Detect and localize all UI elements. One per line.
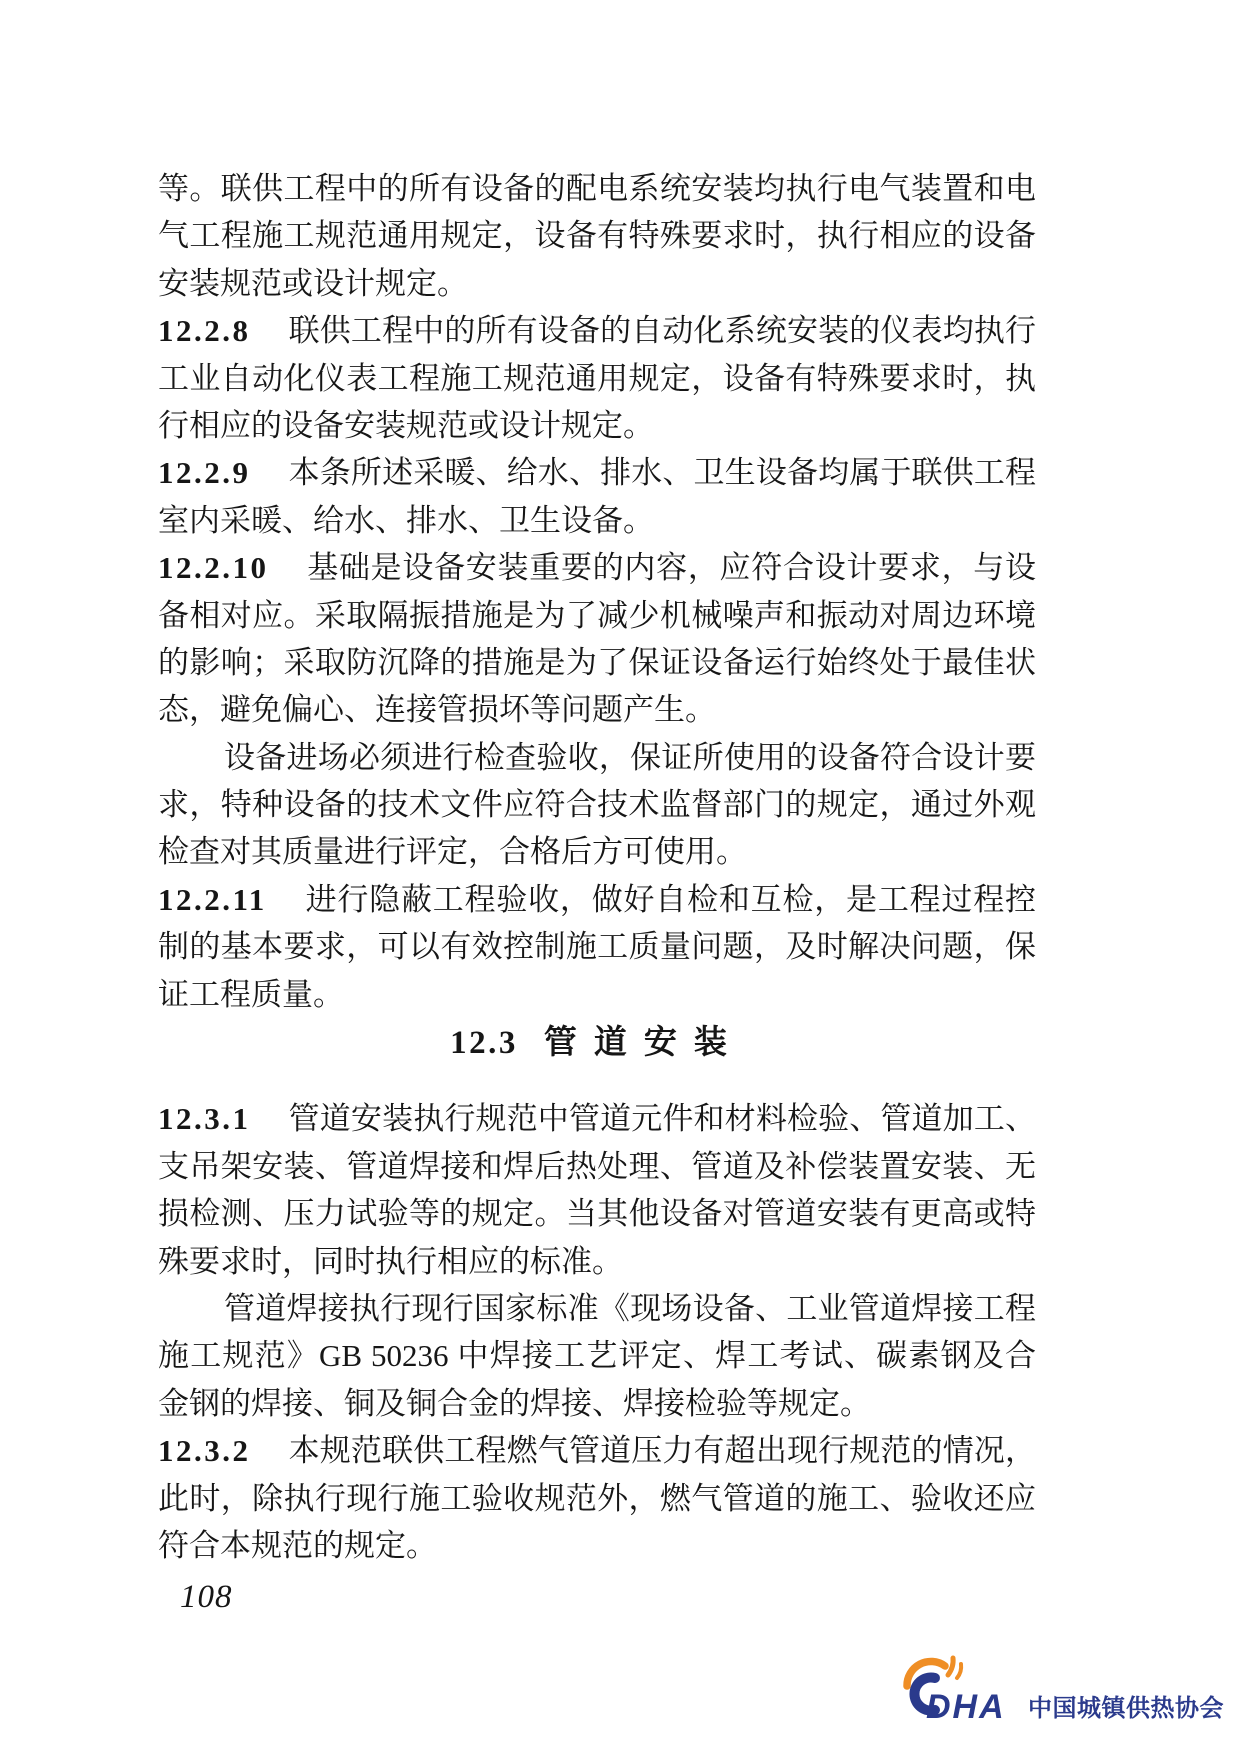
body-line: 殊要求时，同时执行相应的标准。 [158,1238,1036,1285]
clause-number: 12.2.11 [158,882,267,917]
line-text: 殊要求时，同时执行相应的标准。 [158,1244,623,1279]
body-line: 求，特种设备的技术文件应符合技术监督部门的规定，通过外观 [158,781,1036,828]
body-line: 施工规范》GB 50236 中焊接工艺评定、焊工考试、碳素钢及合 [158,1332,1036,1379]
body-text-block: 等。联供工程中的所有设备的配电系统安装均执行电气装置和电 气工程施工规范通用规定… [158,165,1036,1617]
line-text: 本条所述采暖、给水、排水、卫生设备均属于联供工程 [289,455,1037,490]
body-line: 12.2.8联供工程中的所有设备的自动化系统安装的仪表均执行 [158,307,1036,354]
line-text: 符合本规范的规定。 [158,1528,437,1563]
line-text: 室内采暖、给水、排水、卫生设备。 [158,503,654,538]
body-line: 检查对其质量进行评定，合格后方可使用。 [158,828,1036,875]
body-line: 12.2.9本条所述采暖、给水、排水、卫生设备均属于联供工程 [158,449,1036,496]
line-text: 设备进场必须进行检查验收，保证所使用的设备符合设计要 [224,740,1036,775]
line-text: 施工规范》GB 50236 中焊接工艺评定、焊工考试、碳素钢及合 [158,1338,1036,1373]
line-text: 进行隐蔽工程验收，做好自检和互检，是工程过程控 [305,882,1036,917]
body-line: 室内采暖、给水、排水、卫生设备。 [158,497,1036,544]
body-line: 的影响；采取防沉降的措施是为了保证设备运行始终处于最佳状 [158,639,1036,686]
body-line: 支吊架安装、管道焊接和焊后热处理、管道及补偿装置安装、无 [158,1143,1036,1190]
clause-number: 12.3.2 [158,1433,251,1468]
association-name: 中国城镇供热协会 [1028,1697,1224,1721]
line-text: 此时，除执行现行施工验收规范外，燃气管道的施工、验收还应 [158,1481,1036,1516]
body-line: 证工程质量。 [158,971,1036,1018]
body-line: 行相应的设备安装规范或设计规定。 [158,402,1036,449]
clause-number: 12.2.9 [158,455,251,490]
page-number: 108 [158,1577,1036,1617]
body-line: 12.2.10基础是设备安装重要的内容，应符合设计要求，与设 [158,544,1036,591]
line-text: 工业自动化仪表工程施工规范通用规定，设备有特殊要求时，执 [158,361,1036,396]
line-text: 安装规范或设计规定。 [158,266,468,301]
line-text: 管道安装执行规范中管道元件和材料检验、管道加工、 [289,1101,1037,1136]
line-text: 备相对应。采取隔振措施是为了减少机械噪声和振动对周边环境 [158,598,1036,633]
body-line: 此时，除执行现行施工验收规范外，燃气管道的施工、验收还应 [158,1475,1036,1522]
document-page: 等。联供工程中的所有设备的配电系统安装均执行电气装置和电 气工程施工规范通用规定… [0,0,1240,1754]
body-line: 12.3.1管道安装执行规范中管道元件和材料检验、管道加工、 [158,1095,1036,1142]
clause-number: 12.2.8 [158,313,251,348]
line-text: 损检测、压力试验等的规定。当其他设备对管道安装有更高或特 [158,1196,1036,1231]
line-text: 求，特种设备的技术文件应符合技术监督部门的规定，通过外观 [158,787,1036,822]
body-line: 工业自动化仪表工程施工规范通用规定，设备有特殊要求时，执 [158,355,1036,402]
line-text: 支吊架安装、管道焊接和焊后热处理、管道及补偿装置安装、无 [158,1149,1036,1184]
body-line: 损检测、压力试验等的规定。当其他设备对管道安装有更高或特 [158,1190,1036,1237]
line-text: 等。联供工程中的所有设备的配电系统安装均执行电气装置和电 [158,171,1036,206]
body-line: 符合本规范的规定。 [158,1522,1036,1569]
association-logo: DHA 中国城镇供热协会 [900,1652,1230,1732]
line-text: 检查对其质量进行评定，合格后方可使用。 [158,834,747,869]
line-text: 的影响；采取防沉降的措施是为了保证设备运行始终处于最佳状 [158,645,1036,680]
clause-number: 12.3.1 [158,1101,251,1136]
line-text: 金钢的焊接、铜及铜合金的焊接、焊接检验等规定。 [158,1386,871,1421]
line-text: 行相应的设备安装规范或设计规定。 [158,408,654,443]
line-text: 态，避免偏心、连接管损坏等问题产生。 [158,692,716,727]
line-text: 制的基本要求，可以有效控制施工质量问题，及时解决问题，保 [158,929,1036,964]
line-text: 证工程质量。 [158,977,344,1012]
body-line: 金钢的焊接、铜及铜合金的焊接、焊接检验等规定。 [158,1380,1036,1427]
body-line: 设备进场必须进行检查验收，保证所使用的设备符合设计要 [158,734,1036,781]
body-line: 备相对应。采取隔振措施是为了减少机械噪声和振动对周边环境 [158,592,1036,639]
section-number: 12.3 [450,1025,518,1061]
body-line: 制的基本要求，可以有效控制施工质量问题，及时解决问题，保 [158,923,1036,970]
line-text: 管道焊接执行现行国家标准《现场设备、工业管道焊接工程 [224,1291,1036,1326]
line-text: 联供工程中的所有设备的自动化系统安装的仪表均执行 [289,313,1037,348]
body-line: 态，避免偏心、连接管损坏等问题产生。 [158,686,1036,733]
line-text: 基础是设备安装重要的内容，应符合设计要求，与设 [307,550,1037,585]
body-line: 管道焊接执行现行国家标准《现场设备、工业管道焊接工程 [158,1285,1036,1332]
body-line: 安装规范或设计规定。 [158,260,1036,307]
body-line: 气工程施工规范通用规定，设备有特殊要求时，执行相应的设备 [158,212,1036,259]
section-title: 管道安装 [544,1025,744,1061]
line-text: 气工程施工规范通用规定，设备有特殊要求时，执行相应的设备 [158,218,1036,253]
cdha-acronym: DHA [926,1690,1006,1724]
clause-number: 12.2.10 [158,550,269,585]
body-line: 12.3.2本规范联供工程燃气管道压力有超出现行规范的情况， [158,1427,1036,1474]
body-line: 等。联供工程中的所有设备的配电系统安装均执行电气装置和电 [158,165,1036,212]
line-text: 本规范联供工程燃气管道压力有超出现行规范的情况， [289,1433,1037,1468]
body-line: 12.2.11进行隐蔽工程验收，做好自检和互检，是工程过程控 [158,876,1036,923]
section-heading: 12.3管道安装 [158,1020,1036,1067]
